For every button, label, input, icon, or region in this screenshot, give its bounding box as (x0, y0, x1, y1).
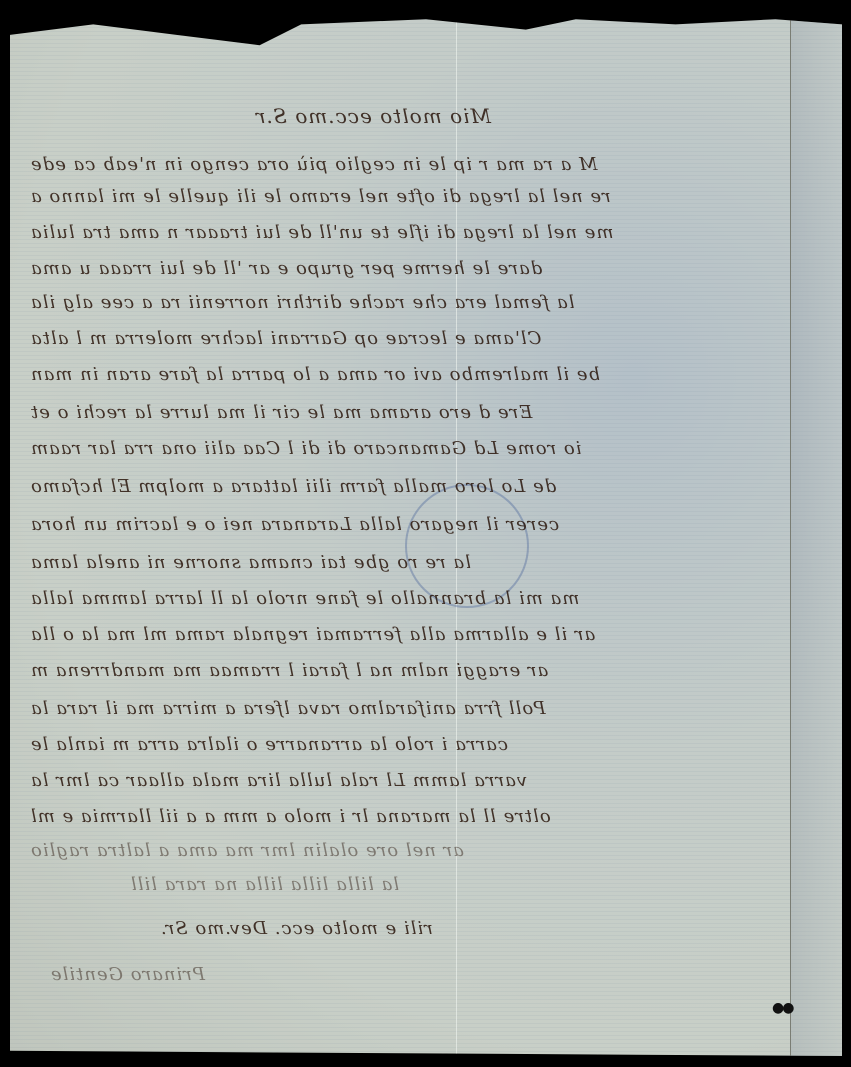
letter-page: Mio molto ecc.mo S.r M a ra ma r ip le i… (10, 14, 842, 1056)
binding-holes: ●● (772, 1000, 792, 1016)
signature: Prinaro Gentile (50, 964, 205, 985)
text-line: be il malrembo avi or ama a lo parra la … (30, 364, 600, 385)
closing-line: rili e molto ecc. Dev.mo Sr. (160, 918, 433, 939)
text-line: de Lo loro malla farm ilii lattara a mol… (30, 476, 556, 497)
text-line: oltre ll la marana lr i molo a mm a a ii… (30, 806, 551, 827)
text-line: io rome Ld Gamancaro di di l Caa alii on… (30, 438, 582, 459)
handwriting: Mio molto ecc.mo S.r M a ra ma r ip le i… (10, 14, 842, 1056)
text-line: Poll frra anifaralmo rava lfera a mirra … (30, 698, 546, 719)
text-line: ma mi la brannallo le fane nrolo la ll l… (30, 588, 579, 609)
text-line: me nel la lrega di ifle te un'll de lui … (30, 222, 613, 243)
text-line: la femal era che rache dirthri norrenii … (30, 292, 574, 313)
text-line: ar il e allarma alla ferramai regnala ra… (30, 624, 595, 645)
text-line: re nel la lrega di ofte nel eramo le ili… (30, 186, 611, 207)
text-line: la lilla lilla lilla na rara lill (130, 874, 399, 895)
text-line: dare le herme per grupo e ar 'll de lui … (30, 258, 542, 279)
text-line: varra lamm Ll rala lulla lira mala allaa… (30, 770, 527, 791)
text-line: ar eraggi nalm na l farai l rramaa ma ma… (30, 660, 548, 681)
text-line: Cl'ama e lecrae op Garrani lachre molerr… (30, 328, 541, 349)
text-line: M a ra ma r ip le in ceglio più ora ceng… (30, 154, 598, 175)
text-line: cerer il negaro lalla Laranara nei o e l… (30, 514, 559, 535)
letter-heading: Mio molto ecc.mo S.r (255, 104, 491, 128)
text-line: carra i rolo la arranarre o ilalra arra … (30, 734, 508, 755)
text-line: la re ro gbe tai cnama snorne ni anela l… (30, 552, 471, 573)
text-line: Ere d ero arama ma le cir il ma lurre la… (30, 402, 532, 423)
text-line: ar nel ore olalin lmr ma ama a laltra ra… (30, 840, 464, 861)
